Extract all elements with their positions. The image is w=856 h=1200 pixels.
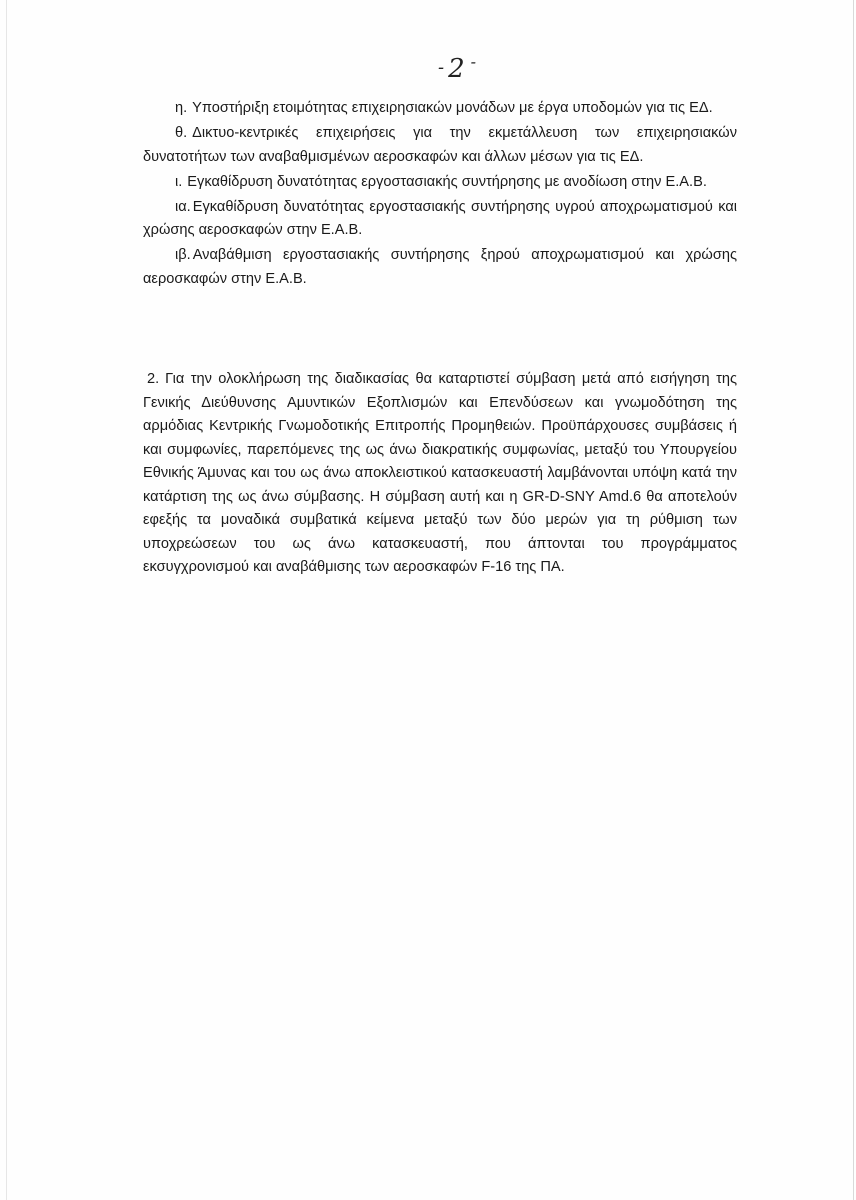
paragraph-2-body: 2.Για την ολοκλήρωση της διαδικασίας θα … <box>143 368 737 580</box>
list-item-iota-alpha: ια.Εγκαθίδρυση δυνατότητας εργοστασιακής… <box>143 196 737 243</box>
item-marker: ι. <box>175 174 182 190</box>
items-list: η.Υποστήριξη ετοιμότητας επιχειρησιακών … <box>143 97 737 293</box>
scan-edge-left <box>6 0 7 1200</box>
paragraph-marker: 2. <box>147 371 159 387</box>
item-text: Υποστήριξη ετοιμότητας επιχειρησιακών μο… <box>192 100 712 116</box>
item-marker: ια. <box>175 199 191 215</box>
list-item-eta: η.Υποστήριξη ετοιμότητας επιχειρησιακών … <box>143 97 737 121</box>
list-item-iota-beta: ιβ.Αναβάθμιση εργοστασιακής συντήρησης ξ… <box>143 244 737 291</box>
page-number-dash-right: - <box>471 52 478 71</box>
page-number-dash-left: - <box>438 57 446 78</box>
item-text: Δικτυο-κεντρικές επιχειρήσεις για την εκ… <box>143 125 737 165</box>
item-text: Αναβάθμιση εργοστασιακής συντήρησης ξηρο… <box>143 247 737 287</box>
page-number-value: 2 <box>448 54 467 84</box>
list-item-iota: ι.Εγκαθίδρυση δυνατότητας εργοστασιακής … <box>143 171 737 195</box>
item-marker: ιβ. <box>175 247 191 263</box>
scanned-page: -2- η.Υποστήριξη ετοιμότητας επιχειρησια… <box>0 0 856 1200</box>
scan-edge-right <box>853 0 854 1200</box>
item-text: Εγκαθίδρυση δυνατότητας εργοστασιακής συ… <box>143 199 737 239</box>
item-marker: θ. <box>175 125 187 141</box>
paragraph-2: 2.Για την ολοκλήρωση της διαδικασίας θα … <box>143 368 737 580</box>
page-number: -2- <box>438 52 478 84</box>
list-item-theta: θ.Δικτυο-κεντρικές επιχειρήσεις για την … <box>143 122 737 169</box>
item-text: Εγκαθίδρυση δυνατότητας εργοστασιακής συ… <box>187 174 707 190</box>
item-marker: η. <box>175 100 187 116</box>
paragraph-text: Για την ολοκλήρωση της διαδικασίας θα κα… <box>143 371 737 575</box>
